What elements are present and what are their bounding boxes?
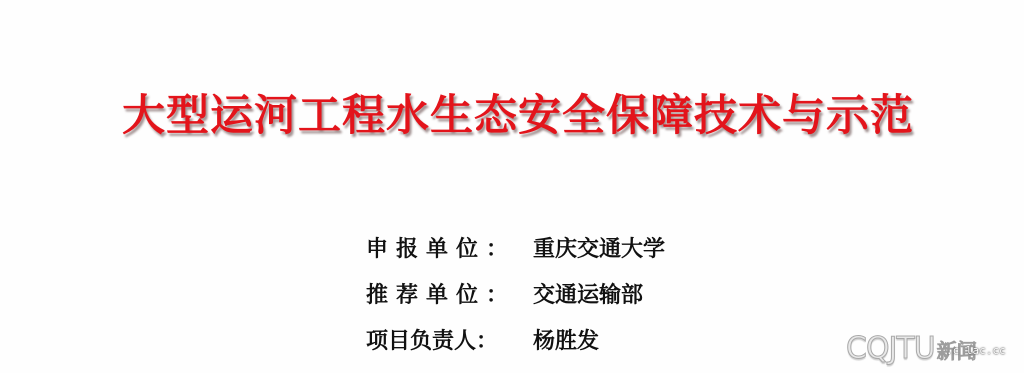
info-row-recommender: 推荐单位： 交通运输部 — [366, 270, 786, 316]
project-lead-label: 项目负责人： — [366, 324, 533, 355]
project-lead-value: 杨胜发 — [533, 324, 599, 355]
recommender-label: 推荐单位： — [366, 278, 533, 309]
applicant-label-text: 申报单位 — [366, 237, 486, 262]
recommender-colon: ： — [486, 278, 516, 309]
slide: 大型运河工程水生态安全保障技术与示范 申报单位： 重庆交通大学 推荐单位： 交通… — [0, 0, 1024, 373]
watermark-logo-text: CQJTU — [846, 332, 935, 366]
project-lead-colon: ： — [476, 324, 498, 355]
project-info: 申报单位： 重庆交通大学 推荐单位： 交通运输部 项目负责人： 杨胜发 — [366, 224, 786, 362]
applicant-colon: ： — [486, 232, 516, 263]
watermark-overlay-text: .c lac.cc — [946, 344, 1006, 357]
info-row-applicant: 申报单位： 重庆交通大学 — [366, 224, 786, 270]
recommender-value: 交通运输部 — [533, 278, 643, 309]
recommender-label-text: 推荐单位 — [366, 283, 486, 308]
project-lead-label-text: 项目负责人 — [366, 329, 476, 354]
applicant-label: 申报单位： — [366, 232, 533, 263]
info-row-project-lead: 项目负责人： 杨胜发 — [366, 316, 786, 362]
slide-title: 大型运河工程水生态安全保障技术与示范 — [122, 88, 952, 144]
applicant-value: 重庆交通大学 — [533, 232, 665, 263]
